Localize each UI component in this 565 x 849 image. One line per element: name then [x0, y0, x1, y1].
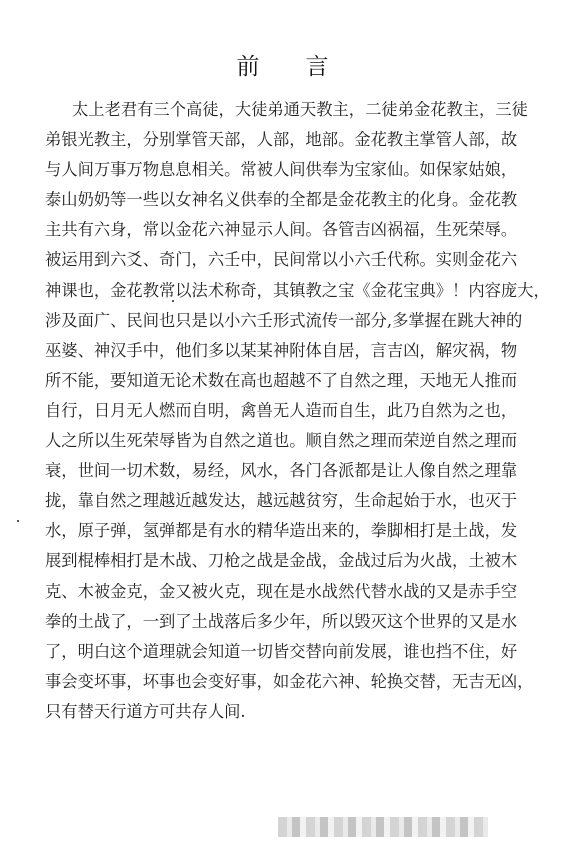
scan-speck: [17, 520, 19, 522]
text-line: 了，明白这个道理就会知道一切皆交替向前发展，谁也挡不住，好: [45, 637, 507, 667]
text-line: 只有替天行道方可共存人间.: [45, 697, 507, 727]
text-line: 拢，靠自然之理越近越发达，越远越贫穷，生命起始于水，也灭于: [45, 486, 507, 516]
text-line: 自行，日月无人燃而自明，禽兽无人造而自生，此乃自然为之也，: [45, 396, 507, 426]
text-line: 巫婆、神汉手中，他们多以某某神附体自居，言吉凶，解灾祸，物: [45, 336, 507, 366]
text-line: 被运用到六爻、奇门，六壬中，民间常以小六壬代称。实则金花六: [45, 245, 507, 275]
text-line: 太上老君有三个高徒，大徒弟通天教主，二徒弟金花教主，三徒: [45, 95, 507, 125]
text-line: 涉及面广、民间也只是以小六壬形式流传一部分,多掌握在跳大神的: [45, 306, 507, 336]
title-char-2: 言: [306, 48, 329, 81]
text-line: 拳的土战了，一到了土战落后多少年，所以毁灭这个世界的又是水: [45, 607, 507, 637]
text-line: 人之所以生死荣辱皆为自然之道也。顺自然之理而荣逆自然之理而: [45, 426, 507, 456]
text-line: 展到棍棒相打是木战、刀枪之战是金战，金战过后为火战，土被木: [45, 546, 507, 576]
text-line: 泰山奶奶等一些以女神名义供奉的全都是金花教主的化身。金花教: [45, 185, 507, 215]
text-line: 克、木被金克，金又被火克，现在是水战然代替水战的又是赤手空: [45, 577, 507, 607]
text-line: 事会变坏事，坏事也会变好事，如金花六神、轮换交替，无吉无凶，: [45, 667, 507, 697]
text-line: 弟银光教主，分别掌管天部，人部，地部。金花教主掌管人部，故: [45, 125, 507, 155]
preface-paragraph: 太上老君有三个高徒，大徒弟通天教主，二徒弟金花教主，三徒 弟银光教主，分别掌管天…: [45, 95, 507, 727]
text-line: 神课也，金花教常以法术称奇，其镇教之宝《金花宝典》！内容庞大，: [45, 276, 507, 306]
title-char-1: 前: [237, 48, 260, 81]
scan-speck: [172, 300, 174, 302]
page-title: 前言: [0, 48, 565, 81]
text-line: 主共有六身，常以金花六神显示人间。各管吉凶祸福，生死荣辱。: [45, 215, 507, 245]
text-line: 与人间万事万物息息相关。常被人间供奉为宝家仙。如保家姑娘，: [45, 155, 507, 185]
text-line: 所不能，要知道无论术数在高也超越不了自然之理，天地无人推而: [45, 366, 507, 396]
text-line: 水，原子弹，氢弹都是有水的精华造出来的，拳脚相打是土战，发: [45, 516, 507, 546]
text-line: 衰，世间一切术数，易经，风水，各门各派都是让人像自然之理靠: [45, 456, 507, 486]
blurred-watermark: [278, 817, 488, 837]
